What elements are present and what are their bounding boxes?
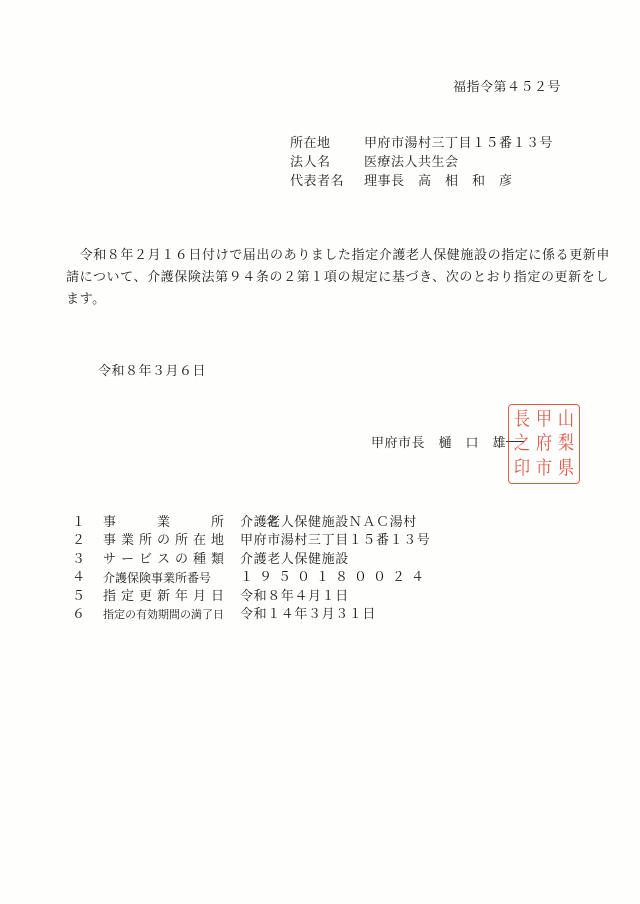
recipient-corporation-value: 医療法人共生会 bbox=[364, 153, 459, 172]
item-value: １９５０１８００２４ bbox=[240, 569, 430, 587]
item-label: 指定の有効期間の満了日 bbox=[103, 606, 240, 624]
item-number: １ bbox=[72, 514, 103, 532]
seal-char: 長 bbox=[513, 410, 532, 429]
item-value: 介護老人保健施設ＮＡＣ湯村 bbox=[240, 514, 417, 532]
seal-char: 県 bbox=[557, 459, 576, 478]
designation-items-list: １ 事 業 所 名 介護老人保健施設ＮＡＣ湯村 ２ 事業所の所在地 甲府市湯村三… bbox=[72, 514, 430, 624]
item-label: サービスの種類 bbox=[103, 551, 240, 569]
item-number: ４ bbox=[72, 569, 103, 587]
item-value: 令和８年４月１日 bbox=[240, 588, 349, 606]
list-item: ４ 介護保険事業所番号 １９５０１８００２４ bbox=[72, 569, 430, 587]
item-value: 甲府市湯村三丁目１５番１３号 bbox=[240, 532, 430, 550]
item-number: ６ bbox=[72, 606, 103, 624]
item-label: 事業所の所在地 bbox=[103, 532, 240, 550]
item-label: 介護保険事業所番号 bbox=[103, 569, 240, 587]
list-item: ２ 事業所の所在地 甲府市湯村三丁目１５番１３号 bbox=[72, 532, 430, 550]
official-seal-icon: 山 梨 県 甲 府 市 長 之 印 bbox=[508, 404, 580, 484]
seal-char: 市 bbox=[535, 459, 554, 478]
recipient-block: 所在地 甲府市湯村三丁目１５番１３号 法人名 医療法人共生会 代表者名 理事長 … bbox=[290, 134, 553, 191]
recipient-representative-row: 代表者名 理事長 高 相 和 彦 bbox=[290, 172, 553, 191]
seal-char: 府 bbox=[535, 434, 554, 453]
list-item: ５ 指定更新年月日 令和８年４月１日 bbox=[72, 588, 430, 606]
seal-char: 之 bbox=[513, 434, 532, 453]
body-paragraph: 令和８年２月１６日付けで届出のありました指定介護老人保健施設の指定に係る更新申 … bbox=[66, 245, 600, 311]
body-line: ます。 bbox=[66, 289, 600, 311]
seal-char: 山 bbox=[557, 410, 576, 429]
item-value: 介護老人保健施設 bbox=[240, 551, 349, 569]
item-value: 令和１４年３月３１日 bbox=[240, 606, 376, 624]
body-line: 請について、介護保険法第９４条の２第１項の規定に基づき、次のとおり指定の更新をし bbox=[66, 267, 600, 289]
seal-char: 印 bbox=[513, 459, 532, 478]
item-label: 事 業 所 名 bbox=[103, 514, 240, 532]
item-label: 指定更新年月日 bbox=[103, 588, 240, 606]
item-number: ２ bbox=[72, 532, 103, 550]
recipient-address-value: 甲府市湯村三丁目１５番１３号 bbox=[364, 134, 553, 153]
recipient-address-row: 所在地 甲府市湯村三丁目１５番１３号 bbox=[290, 134, 553, 153]
issue-date: 令和８年３月６日 bbox=[98, 360, 206, 379]
item-number: ５ bbox=[72, 588, 103, 606]
seal-char: 甲 bbox=[535, 410, 554, 429]
seal-char: 梨 bbox=[557, 434, 576, 453]
recipient-corporation-row: 法人名 医療法人共生会 bbox=[290, 153, 553, 172]
list-item: ６ 指定の有効期間の満了日 令和１４年３月３１日 bbox=[72, 606, 430, 624]
list-item: ３ サービスの種類 介護老人保健施設 bbox=[72, 551, 430, 569]
recipient-representative-label: 代表者名 bbox=[290, 172, 364, 191]
list-item: １ 事 業 所 名 介護老人保健施設ＮＡＣ湯村 bbox=[72, 514, 430, 532]
recipient-representative-value: 理事長 高 相 和 彦 bbox=[364, 172, 513, 191]
recipient-address-label: 所在地 bbox=[290, 134, 364, 153]
body-line: 令和８年２月１６日付けで届出のありました指定介護老人保健施設の指定に係る更新申 bbox=[66, 245, 600, 267]
signer-name: 甲府市長 樋 口 雄 bbox=[371, 432, 506, 451]
document-page: 福指令第４５２号 所在地 甲府市湯村三丁目１５番１３号 法人名 医療法人共生会 … bbox=[0, 0, 640, 904]
recipient-corporation-label: 法人名 bbox=[290, 153, 364, 172]
document-number: 福指令第４５２号 bbox=[453, 76, 561, 95]
item-number: ３ bbox=[72, 551, 103, 569]
